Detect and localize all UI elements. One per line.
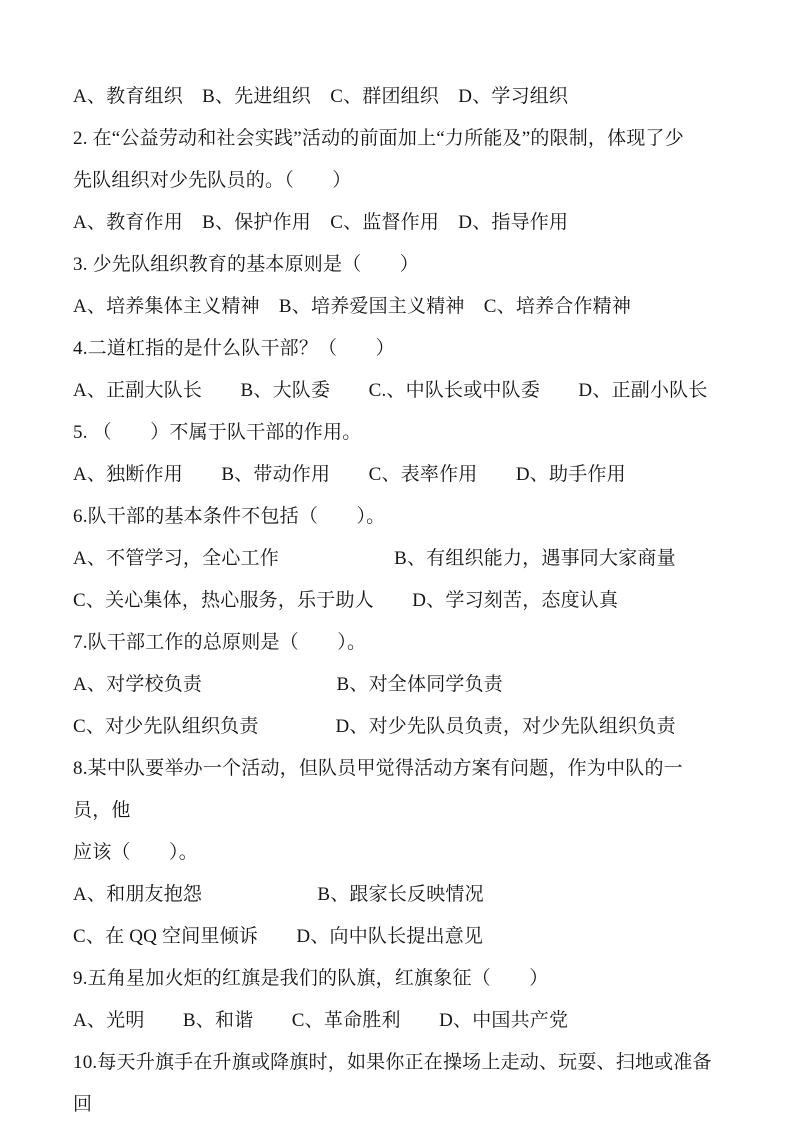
options-row-q7-ab: A、对学校负责 B、对全体同学负责 xyxy=(73,664,721,706)
options-row-q1: A、教育组织 B、先进组织 C、群团组织 D、学习组织 xyxy=(73,76,721,118)
options-row-q7-cd: C、对少先队组织负责 D、对少先队员负责，对少先队组织负责 xyxy=(73,706,721,748)
options-row-q6-cd: C、关心集体，热心服务，乐于助人 D、学习刻苦，态度认真 xyxy=(73,580,721,622)
options-row-q3: A、培养集体主义精神 B、培养爱国主义精神 C、培养合作精神 xyxy=(73,286,721,328)
options-row-q4: A、正副大队长 B、大队委 C.、中队长或中队委 D、正副小队长 xyxy=(73,370,721,412)
options-row-q8-cd: C、在 QQ 空间里倾诉 D、向中队长提出意见 xyxy=(73,916,721,958)
question-9-text: 9.五角星加火炬的红旗是我们的队旗，红旗象征（ ） xyxy=(73,958,721,1000)
document-body: A、教育组织 B、先进组织 C、群团组织 D、学习组织 2. 在“公益劳动和社会… xyxy=(73,76,721,1122)
options-row-q2: A、教育作用 B、保护作用 C、监督作用 D、指导作用 xyxy=(73,202,721,244)
document-page: A、教育组织 B、先进组织 C、群团组织 D、学习组织 2. 在“公益劳动和社会… xyxy=(0,0,793,1122)
options-row-q5: A、独断作用 B、带动作用 C、表率作用 D、助手作用 xyxy=(73,454,721,496)
question-10-text: 10.每天升旗手在升旗或降旗时，如果你正在操场上走动、玩耍、扫地或准备回 xyxy=(73,1042,721,1122)
question-8-text-continued: 应该（ ）。 xyxy=(73,832,721,874)
question-3-text: 3. 少先队组织教育的基本原则是（ ） xyxy=(73,244,721,286)
question-4-text: 4.二道杠指的是什么队干部？（ ） xyxy=(73,328,721,370)
options-row-q8-ab: A、和朋友抱怨 B、跟家长反映情况 xyxy=(73,874,721,916)
options-row-q6-ab: A、不管学习，全心工作 B、有组织能力，遇事同大家商量 xyxy=(73,538,721,580)
options-row-q9: A、光明 B、和谐 C、革命胜利 D、中国共产党 xyxy=(73,1000,721,1042)
question-7-text: 7.队干部工作的总原则是（ ）。 xyxy=(73,622,721,664)
question-2-text-continued: 先队组织对少先队员的。（ ） xyxy=(73,160,721,202)
question-6-text: 6.队干部的基本条件不包括（ ）。 xyxy=(73,496,721,538)
question-2-text: 2. 在“公益劳动和社会实践”活动的前面加上“力所能及”的限制，体现了少 xyxy=(73,118,721,160)
question-5-text: 5. （ ）不属于队干部的作用。 xyxy=(73,412,721,454)
question-8-text: 8.某中队要举办一个活动，但队员甲觉得活动方案有问题，作为中队的一员，他 xyxy=(73,748,721,832)
